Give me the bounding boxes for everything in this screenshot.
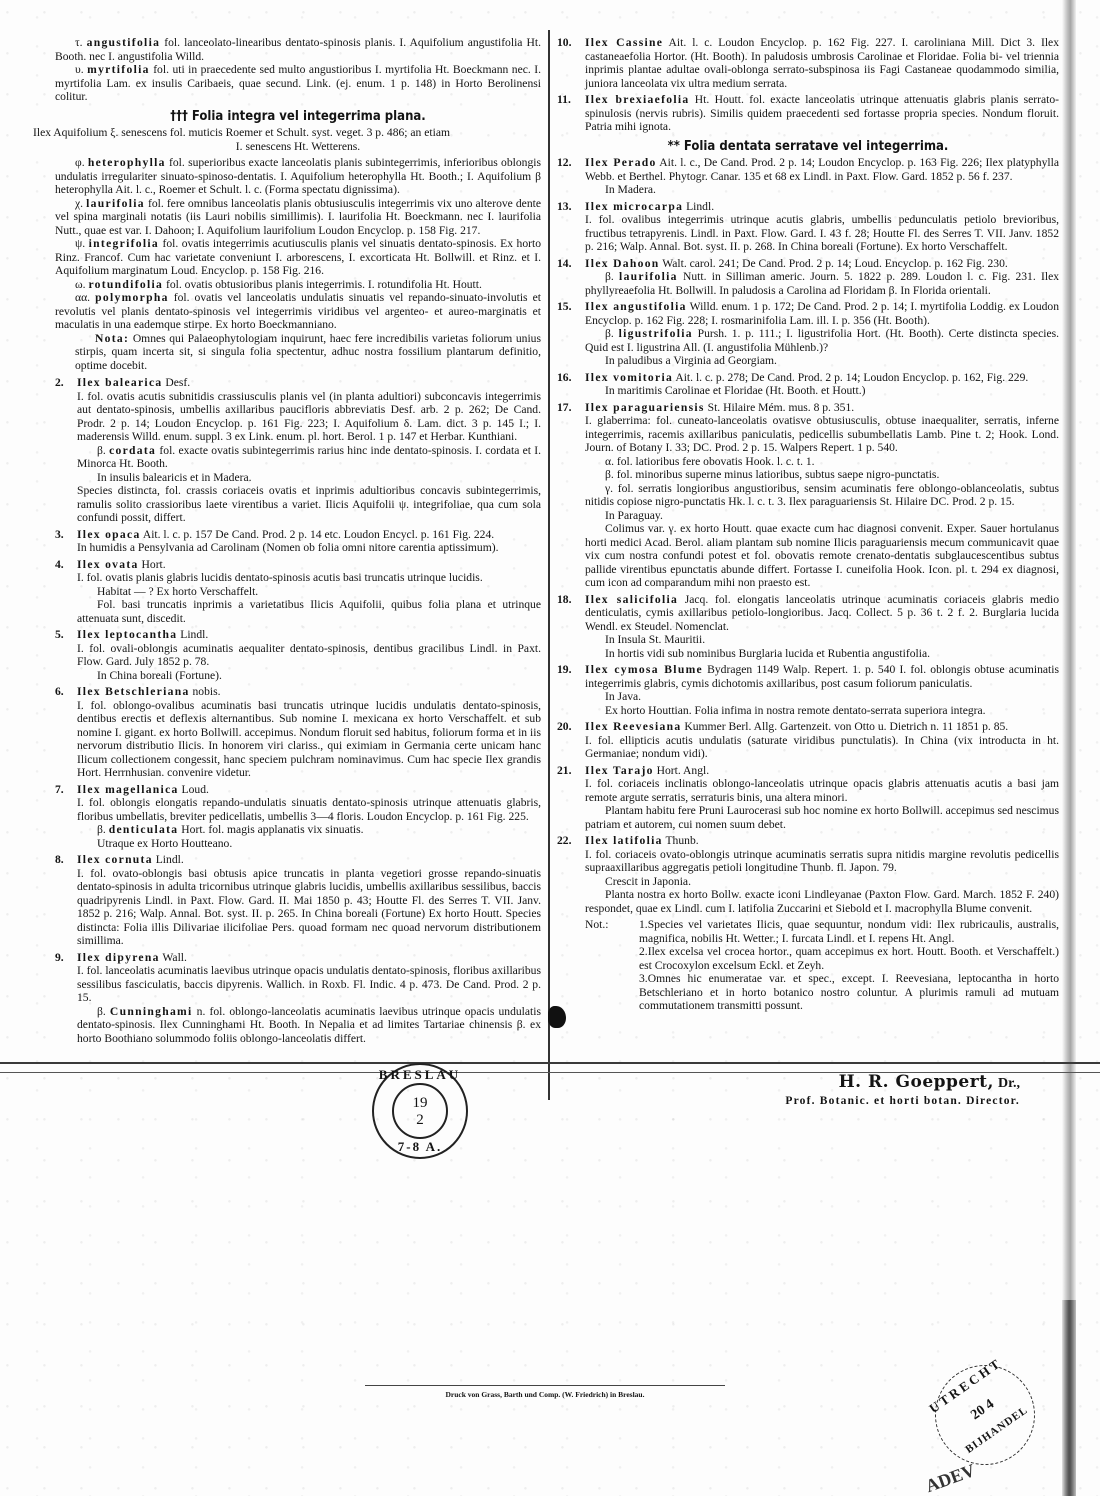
- entry-paragraph: Ex horto Houttian. Folia infima in nostr…: [585, 704, 1059, 718]
- entry-number: 9.: [55, 951, 77, 1046]
- species-entry: 17.Ilex paraguariensis St. Hilaire Mém. …: [557, 401, 1059, 590]
- entry-paragraph: In Java.: [585, 690, 1059, 704]
- entry-title: Ilex balearica Desf.: [77, 376, 541, 390]
- entry-header: 14.Ilex Dahoon Walt. carol. 241; De Cand…: [557, 257, 1059, 298]
- variety-marker: χ.: [75, 197, 86, 210]
- species-entry: 13.Ilex microcarpa Lindl.I. fol. ovalibu…: [557, 200, 1059, 254]
- variety-name: cordata: [109, 444, 156, 457]
- variety-marker: φ.: [75, 156, 88, 169]
- species-entry: 8.Ilex cornuta Lindl.I. fol. ovato-oblon…: [55, 853, 541, 948]
- note-item: 2.Ilex excelsa vel crocea hortor., quam …: [639, 945, 1059, 972]
- note-item: 1.Species vel varietates Ilicis, quae se…: [639, 918, 1059, 945]
- species-entry: 2.Ilex balearica Desf.I. fol. ovatis acu…: [55, 376, 541, 525]
- entry-paragraph: In insulis balearicis et in Madera.: [77, 471, 541, 485]
- entry-title: Ilex Cassine Ait. l. c. Loudon Encyclop.…: [585, 36, 1059, 90]
- entry-body: Ilex Cassine Ait. l. c. Loudon Encyclop.…: [585, 36, 1059, 90]
- note-text: Omnes hic enumeratae var. et spec., exce…: [639, 972, 1059, 1012]
- section-title-folia-dentata: ** Folia dentata serratave vel integerri…: [557, 140, 1059, 154]
- species-author: nobis.: [190, 685, 221, 698]
- variety-name: laurifolia: [619, 270, 678, 283]
- entry-paragraph: I. fol. ovatis planis glabris lucidis de…: [77, 571, 541, 585]
- entry-body: Ilex brexiaefolia Ht. Houtt. fol. exacte…: [585, 93, 1059, 134]
- variety: β. laurifolia Nutt. in Silliman americ. …: [585, 270, 1059, 297]
- entry-number: 16.: [557, 371, 585, 398]
- entry-body: Ilex Dahoon Walt. carol. 241; De Cand. P…: [585, 257, 1059, 298]
- variety-marker: β.: [97, 823, 109, 836]
- variety-marker: αα.: [75, 291, 95, 304]
- variety-marker: ψ.: [75, 237, 89, 250]
- page-edge-shadow: [1062, 0, 1076, 1496]
- variety-name: integrifolia: [89, 237, 159, 250]
- species-author: Loud.: [179, 783, 209, 796]
- entry-body: Ilex microcarpa Lindl.I. fol. ovalibus i…: [585, 200, 1059, 254]
- printer-rule: [365, 1385, 725, 1386]
- variety-marker: υ.: [75, 63, 87, 76]
- species-entry: 3.Ilex opaca Ait. l. c. p. 157 De Cand. …: [55, 528, 541, 555]
- right-column: 10.Ilex Cassine Ait. l. c. Loudon Encycl…: [557, 36, 1059, 1013]
- notes-items: 1.Species vel varietates Ilicis, quae se…: [639, 918, 1059, 1013]
- aquifolium-varieties: φ. heterophylla fol. superioribus exacte…: [55, 156, 541, 332]
- entry-paragraph: I. fol. ovato-oblongis basi obtusis apic…: [77, 867, 541, 948]
- species-author: Desf.: [163, 376, 191, 389]
- intro-varieties: τ. angustifolia fol. lanceolato-linearib…: [55, 36, 541, 104]
- species-entry: 21.Ilex Tarajo Hort. Angl.I. fol. coriac…: [557, 764, 1059, 832]
- entry-number: 8.: [55, 853, 77, 948]
- variety-name: heterophylla: [88, 156, 166, 169]
- species-entry: 9.Ilex dipyrena Wall.I. fol. lanceolatis…: [55, 951, 541, 1046]
- entry-number: 12.: [557, 156, 585, 197]
- entry-paragraph: In China boreali (Fortune).: [77, 669, 541, 683]
- entry-paragraph: α. fol. latioribus fere obovatis Hook. l…: [585, 455, 1059, 469]
- entry-header: 10.Ilex Cassine Ait. l. c. Loudon Encycl…: [557, 36, 1059, 90]
- entry-body: Ilex opaca Ait. l. c. p. 157 De Cand. Pr…: [77, 528, 541, 555]
- entry-body: Ilex vomitoria Ait. l. c. p. 278; De Can…: [585, 371, 1059, 398]
- entry-paragraph: Plantam habitu fere Pruni Laurocerasi su…: [585, 804, 1059, 831]
- entry-paragraph: In maritimis Carolinae et Floridae (Ht. …: [585, 384, 1059, 398]
- species-name: Ilex Betschleriana: [77, 685, 190, 698]
- entry-paragraph: In Insula St. Mauritii.: [585, 633, 1059, 647]
- entry-title: Ilex magellanica Loud.: [77, 783, 541, 797]
- entry-title: Ilex cornuta Lindl.: [77, 853, 541, 867]
- utrecht-postmark: UTRECHT 20 4 BIJHANDEL: [915, 1345, 1054, 1484]
- entry-header: 15.Ilex angustifolia Willd. enum. 1 p. 1…: [557, 300, 1059, 368]
- entry-header: 11.Ilex brexiaefolia Ht. Houtt. fol. exa…: [557, 93, 1059, 134]
- entry-number: 19.: [557, 663, 585, 717]
- entry-paragraph: γ. fol. serratis longioribus angustiorib…: [585, 482, 1059, 509]
- species-name: Ilex latifolia: [585, 834, 663, 847]
- variety-marker: β.: [97, 444, 109, 457]
- entry-title: Ilex latifolia Thunb.: [585, 834, 1059, 848]
- notes-block: Not.: 1.Species vel varietates Ilicis, q…: [557, 918, 1059, 1013]
- species-name: Ilex Cassine: [585, 36, 663, 49]
- notes-label: Not.:: [585, 918, 639, 1013]
- species-entry: 11.Ilex brexiaefolia Ht. Houtt. fol. exa…: [557, 93, 1059, 134]
- entry-title: Ilex brexiaefolia Ht. Houtt. fol. exacte…: [585, 93, 1059, 134]
- species-entry: 6.Ilex Betschleriana nobis.I. fol. oblon…: [55, 685, 541, 780]
- entry-title: Ilex paraguariensis St. Hilaire Mém. mus…: [585, 401, 1059, 415]
- entry-header: 8.Ilex cornuta Lindl.I. fol. ovato-oblon…: [55, 853, 541, 948]
- entry-title: Ilex angustifolia Willd. enum. 1 p. 172;…: [585, 300, 1059, 327]
- entry-paragraph: I. fol. lanceolatis acuminatis laevibus …: [77, 964, 541, 1005]
- nota-label: Nota:: [95, 332, 129, 345]
- variety-name: Cunninghami: [110, 1005, 193, 1018]
- variety-text: fol. ovatis obtusioribus planis integerr…: [163, 278, 482, 291]
- entry-paragraph: I. fol. ellipticis acutis undulatis (sat…: [585, 734, 1059, 761]
- signature-title: Prof. Botanic. et horti botan. Director.: [730, 1095, 1020, 1107]
- entry-header: 2.Ilex balearica Desf.I. fol. ovatis acu…: [55, 376, 541, 525]
- utrecht-city: UTRECHT: [920, 1351, 1011, 1421]
- fold-line: [0, 1062, 1100, 1064]
- entry-number: 2.: [55, 376, 77, 525]
- species-list-right-a: 10.Ilex Cassine Ait. l. c. Loudon Encycl…: [557, 36, 1059, 134]
- postmark-time: 7-8 A.: [374, 1139, 466, 1155]
- scanned-page: τ. angustifolia fol. lanceolato-linearib…: [0, 0, 1100, 1496]
- species-entry: 14.Ilex Dahoon Walt. carol. 241; De Cand…: [557, 257, 1059, 298]
- species-author: St. Hilaire Mém. mus. 8 p. 351.: [705, 401, 854, 414]
- entry-header: 12.Ilex Perado Ait. l. c., De Cand. Prod…: [557, 156, 1059, 197]
- species-author: Ait. l. c. p. 278; De Cand. Prod. 2 p. 1…: [673, 371, 1028, 384]
- species-entry: 19.Ilex cymosa Blume Bydragen 1149 Walp.…: [557, 663, 1059, 717]
- entry-number: 7.: [55, 783, 77, 851]
- entry-header: 17.Ilex paraguariensis St. Hilaire Mém. …: [557, 401, 1059, 590]
- species-list-right-b: 12.Ilex Perado Ait. l. c., De Cand. Prod…: [557, 156, 1059, 915]
- variety-name: denticulata: [109, 823, 179, 836]
- postmark-day: 19: [394, 1095, 446, 1112]
- entry-paragraph: Planta nostra ex horto Bollw. exacte ico…: [585, 888, 1059, 915]
- species-entry: 15.Ilex angustifolia Willd. enum. 1 p. 1…: [557, 300, 1059, 368]
- notes-row: Not.: 1.Species vel varietates Ilicis, q…: [557, 918, 1059, 1013]
- entry-paragraph: I. fol. oblongis elongatis repando-undul…: [77, 796, 541, 823]
- species-name: Ilex opaca: [77, 528, 141, 541]
- entry-body: Ilex leptocantha Lindl.I. fol. ovali-obl…: [77, 628, 541, 682]
- note-number: 1.: [639, 918, 648, 931]
- note-number: 2.: [639, 945, 648, 958]
- entry-paragraph: In paludibus a Virginia ad Georgiam.: [585, 354, 1059, 368]
- variety-name: myrtifolia: [87, 63, 150, 76]
- entry-header: 3.Ilex opaca Ait. l. c. p. 157 De Cand. …: [55, 528, 541, 555]
- entry-body: Ilex cornuta Lindl.I. fol. ovato-oblongi…: [77, 853, 541, 948]
- variety: ψ. integrifolia fol. ovatis integerrimis…: [55, 237, 541, 278]
- entry-body: Ilex angustifolia Willd. enum. 1 p. 172;…: [585, 300, 1059, 368]
- species-entry: 22.Ilex latifolia Thunb.I. fol. coriacei…: [557, 834, 1059, 915]
- entry-number: 15.: [557, 300, 585, 368]
- entry-paragraph: In Paraguay.: [585, 509, 1059, 523]
- entry-header: 7.Ilex magellanica Loud.I. fol. oblongis…: [55, 783, 541, 851]
- entry-header: 16.Ilex vomitoria Ait. l. c. p. 278; De …: [557, 371, 1059, 398]
- entry-number: 21.: [557, 764, 585, 832]
- species-entry: 7.Ilex magellanica Loud.I. fol. oblongis…: [55, 783, 541, 851]
- page-edge-shadow-lower: [1062, 1300, 1076, 1496]
- species-name: Ilex angustifolia: [585, 300, 687, 313]
- species-author: Hort.: [139, 558, 166, 571]
- signature-block: H. R. Goeppert, Dr., Prof. Botanic. et h…: [730, 1072, 1020, 1107]
- variety-name: angustifolia: [87, 36, 161, 49]
- species-author: Walt. carol. 241; De Cand. Prod. 2 p. 14…: [660, 257, 1008, 270]
- nota: Nota: Omnes qui Palaeophytologiam inquir…: [55, 332, 541, 373]
- species-name: Ilex dipyrena: [77, 951, 160, 964]
- entry-paragraph: I. fol. coriaceis ovato-oblongis utrinqu…: [585, 848, 1059, 875]
- variety: τ. angustifolia fol. lanceolato-linearib…: [55, 36, 541, 63]
- variety: ω. rotundifolia fol. ovatis obtusioribus…: [55, 278, 541, 292]
- entry-paragraph: Habitat — ? Ex horto Verschaffelt.: [77, 585, 541, 599]
- entry-title: Ilex leptocantha Lindl.: [77, 628, 541, 642]
- entry-header: 6.Ilex Betschleriana nobis.I. fol. oblon…: [55, 685, 541, 780]
- entry-body: Ilex Betschleriana nobis.I. fol. oblongo…: [77, 685, 541, 780]
- postmark-city: BRESLAU: [374, 1067, 466, 1083]
- entry-number: 5.: [55, 628, 77, 682]
- signature-suffix: Dr.,: [998, 1076, 1020, 1091]
- entry-body: Ilex paraguariensis St. Hilaire Mém. mus…: [585, 401, 1059, 590]
- variety-name: ligustrifolia: [619, 327, 693, 340]
- entry-number: 6.: [55, 685, 77, 780]
- variety-marker: β.: [605, 270, 619, 283]
- species-entry: 16.Ilex vomitoria Ait. l. c. p. 278; De …: [557, 371, 1059, 398]
- species-name: Ilex vomitoria: [585, 371, 673, 384]
- species-name: Ilex leptocantha: [77, 628, 177, 641]
- entry-paragraph: In humidis a Pensylvania ad Carolinam (N…: [77, 541, 541, 555]
- variety: β. cordata fol. exacte ovatis subinteger…: [77, 444, 541, 471]
- variety: υ. myrtifolia fol. uti in praecedente se…: [55, 63, 541, 104]
- left-column: τ. angustifolia fol. lanceolato-linearib…: [55, 36, 541, 1048]
- entry-header: 13.Ilex microcarpa Lindl.I. fol. ovalibu…: [557, 200, 1059, 254]
- entry-number: 13.: [557, 200, 585, 254]
- species-name: Ilex Dahoon: [585, 257, 660, 270]
- species-author: Ait. l. c. p. 157 De Cand. Prod. 2 p. 14…: [141, 528, 495, 541]
- variety: φ. heterophylla fol. superioribus exacte…: [55, 156, 541, 197]
- species-entry: 5.Ilex leptocantha Lindl.I. fol. ovali-o…: [55, 628, 541, 682]
- entry-header: 5.Ilex leptocantha Lindl.I. fol. ovali-o…: [55, 628, 541, 682]
- species-author: Lindl.: [153, 853, 184, 866]
- species-entry: 4.Ilex ovata Hort.I. fol. ovatis planis …: [55, 558, 541, 626]
- entry-body: Ilex salicifolia Jacq. fol. elongatis la…: [585, 593, 1059, 661]
- entry-number: 18.: [557, 593, 585, 661]
- species-author: Lindl.: [683, 200, 714, 213]
- entry-title: Ilex Reevesiana Kummer Berl. Allg. Garte…: [585, 720, 1059, 734]
- variety: αα. polymorpha fol. ovatis vel lanceolat…: [55, 291, 541, 332]
- species-list-left: 2.Ilex balearica Desf.I. fol. ovatis acu…: [55, 376, 541, 1045]
- column-divider: [548, 30, 550, 1100]
- entry-body: Ilex latifolia Thunb.I. fol. coriaceis o…: [585, 834, 1059, 915]
- species-name: Ilex Perado: [585, 156, 657, 169]
- printer-imprint: Druck von Grass, Barth und Comp. (W. Fri…: [365, 1390, 725, 1399]
- variety-marker: β.: [97, 1005, 110, 1018]
- species-entry: 20.Ilex Reevesiana Kummer Berl. Allg. Ga…: [557, 720, 1059, 761]
- entry-title: Ilex ovata Hort.: [77, 558, 541, 572]
- species-name: Ilex cymosa Blume: [585, 663, 703, 676]
- species-author: Kummer Berl. Allg. Gartenzeit. von Otto …: [681, 720, 1008, 733]
- note-number: 3.: [639, 972, 648, 985]
- species-author: Lindl.: [177, 628, 208, 641]
- variety-name: laurifolia: [86, 197, 145, 210]
- entry-body: Ilex cymosa Blume Bydragen 1149 Walp. Re…: [585, 663, 1059, 717]
- entry-body: Ilex ovata Hort.I. fol. ovatis planis gl…: [77, 558, 541, 626]
- entry-body: Ilex magellanica Loud.I. fol. oblongis e…: [77, 783, 541, 851]
- section-title-folia-integra: ††† Folia integra vel integerrima plana.: [55, 110, 541, 124]
- entry-paragraph: In Madera.: [585, 183, 1059, 197]
- variety: β. ligustrifolia Pursh. 1. p. 111.; I. l…: [585, 327, 1059, 354]
- species-name: Ilex paraguariensis: [585, 401, 705, 414]
- postmark-month: 2: [394, 1112, 446, 1129]
- entry-paragraph: Species distincta, fol. crassis coriacei…: [77, 484, 541, 525]
- entry-paragraph: I. fol. ovalibus integerrimis utrinque a…: [585, 213, 1059, 254]
- entry-header: 19.Ilex cymosa Blume Bydragen 1149 Walp.…: [557, 663, 1059, 717]
- entry-title: Ilex Betschleriana nobis.: [77, 685, 541, 699]
- note-text: Ilex excelsa vel crocea hortor., quam ac…: [639, 945, 1059, 972]
- entry-number: 14.: [557, 257, 585, 298]
- signature-name: H. R. Goeppert,: [839, 1072, 994, 1092]
- species-name: Ilex microcarpa: [585, 200, 683, 213]
- note-item: 3.Omnes hic enumeratae var. et spec., ex…: [639, 972, 1059, 1013]
- entry-paragraph: Utraque ex Horto Houtteano.: [77, 837, 541, 851]
- entry-title: Ilex cymosa Blume Bydragen 1149 Walp. Re…: [585, 663, 1059, 690]
- variety-name: polymorpha: [95, 291, 169, 304]
- note-text: Species vel varietates Ilicis, quae sequ…: [639, 918, 1059, 945]
- species-author: Thunb.: [663, 834, 699, 847]
- variety-marker: τ.: [75, 36, 87, 49]
- entry-number: 10.: [557, 36, 585, 90]
- senescens-line: Ilex Aquifolium ξ. senescens fol. mutici…: [33, 126, 541, 140]
- variety-text: Hort. fol. magis applanatis vix sinuatis…: [178, 823, 363, 836]
- species-name: Ilex Tarajo: [585, 764, 654, 777]
- species-entry: 10.Ilex Cassine Ait. l. c. Loudon Encycl…: [557, 36, 1059, 90]
- species-name: Ilex magellanica: [77, 783, 179, 796]
- species-author: Wall.: [160, 951, 187, 964]
- breslau-postmark: BRESLAU 19 2 7-8 A.: [372, 1063, 468, 1159]
- species-name: Ilex ovata: [77, 558, 139, 571]
- postmark-date: 19 2: [392, 1083, 448, 1139]
- species-entry: 18.Ilex salicifolia Jacq. fol. elongatis…: [557, 593, 1059, 661]
- entry-body: Ilex Perado Ait. l. c., De Cand. Prod. 2…: [585, 156, 1059, 197]
- entry-title: Ilex opaca Ait. l. c. p. 157 De Cand. Pr…: [77, 528, 541, 542]
- entry-number: 11.: [557, 93, 585, 134]
- species-name: Ilex brexiaefolia: [585, 93, 689, 106]
- entry-paragraph: Fol. basi truncatis inprimis a varietati…: [77, 598, 541, 625]
- entry-number: 22.: [557, 834, 585, 915]
- species-name: Ilex salicifolia: [585, 593, 678, 606]
- entry-number: 20.: [557, 720, 585, 761]
- entry-title: Ilex microcarpa Lindl.: [585, 200, 1059, 214]
- species-entry: 12.Ilex Perado Ait. l. c., De Cand. Prod…: [557, 156, 1059, 197]
- entry-paragraph: In hortis vidi sub nominibus Burglaria l…: [585, 647, 1059, 661]
- entry-header: 21.Ilex Tarajo Hort. Angl.I. fol. coriac…: [557, 764, 1059, 832]
- variety: χ. laurifolia fol. fere omnibus lanceola…: [55, 197, 541, 238]
- entry-paragraph: I. glaberrima: fol. cuneato-lanceolatis …: [585, 414, 1059, 455]
- variety: β. denticulata Hort. fol. magis applanat…: [77, 823, 541, 837]
- entry-paragraph: I. fol. ovatis acutis subnitidis crassiu…: [77, 390, 541, 444]
- entry-body: Ilex Tarajo Hort. Angl.I. fol. coriaceis…: [585, 764, 1059, 832]
- entry-paragraph: I. fol. oblongo-ovalibus acuminatis basi…: [77, 699, 541, 780]
- entry-header: 9.Ilex dipyrena Wall.I. fol. lanceolatis…: [55, 951, 541, 1046]
- entry-header: 20.Ilex Reevesiana Kummer Berl. Allg. Ga…: [557, 720, 1059, 761]
- species-name: Ilex cornuta: [77, 853, 153, 866]
- entry-title: Ilex vomitoria Ait. l. c. p. 278; De Can…: [585, 371, 1059, 385]
- entry-number: 4.: [55, 558, 77, 626]
- senescens-line-2: I. senescens Ht. Wetterens.: [55, 140, 541, 154]
- entry-header: 22.Ilex latifolia Thunb.I. fol. coriacei…: [557, 834, 1059, 915]
- entry-paragraph: β. fol. minoribus superne minus latiorib…: [585, 468, 1059, 482]
- entry-header: 4.Ilex ovata Hort.I. fol. ovatis planis …: [55, 558, 541, 626]
- variety-marker: β.: [605, 327, 619, 340]
- entry-title: Ilex dipyrena Wall.: [77, 951, 541, 965]
- nota-text: Omnes qui Palaeophytologiam inquirunt, h…: [75, 332, 541, 372]
- variety-marker: ω.: [75, 278, 88, 291]
- entry-number: 3.: [55, 528, 77, 555]
- entry-title: Ilex salicifolia Jacq. fol. elongatis la…: [585, 593, 1059, 634]
- entry-body: Ilex Reevesiana Kummer Berl. Allg. Garte…: [585, 720, 1059, 761]
- entry-paragraph: Colimus var. γ. ex horto Houtt. quae exa…: [585, 522, 1059, 590]
- entry-header: 18.Ilex salicifolia Jacq. fol. elongatis…: [557, 593, 1059, 661]
- species-author: Hort. Angl.: [654, 764, 709, 777]
- partial-postmark: ADEV: [923, 1460, 978, 1496]
- entry-title: Ilex Perado Ait. l. c., De Cand. Prod. 2…: [585, 156, 1059, 183]
- species-author: Ait. l. c., De Cand. Prod. 2 p. 14; Loud…: [585, 156, 1059, 183]
- entry-body: Ilex balearica Desf.I. fol. ovatis acuti…: [77, 376, 541, 525]
- entry-body: Ilex dipyrena Wall.I. fol. lanceolatis a…: [77, 951, 541, 1046]
- entry-paragraph: I. fol. ovali-oblongis acuminatis aequal…: [77, 642, 541, 669]
- entry-paragraph: Crescit in Japonia.: [585, 875, 1059, 889]
- entry-number: 17.: [557, 401, 585, 590]
- entry-title: Ilex Tarajo Hort. Angl.: [585, 764, 1059, 778]
- variety-name: rotundifolia: [88, 278, 163, 291]
- species-name: Ilex balearica: [77, 376, 163, 389]
- entry-paragraph: I. fol. coriaceis inclinatis oblongo-lan…: [585, 777, 1059, 804]
- variety: β. Cunninghami n. fol. oblongo-lanceolat…: [77, 1005, 541, 1046]
- entry-title: Ilex Dahoon Walt. carol. 241; De Cand. P…: [585, 257, 1059, 271]
- species-name: Ilex Reevesiana: [585, 720, 681, 733]
